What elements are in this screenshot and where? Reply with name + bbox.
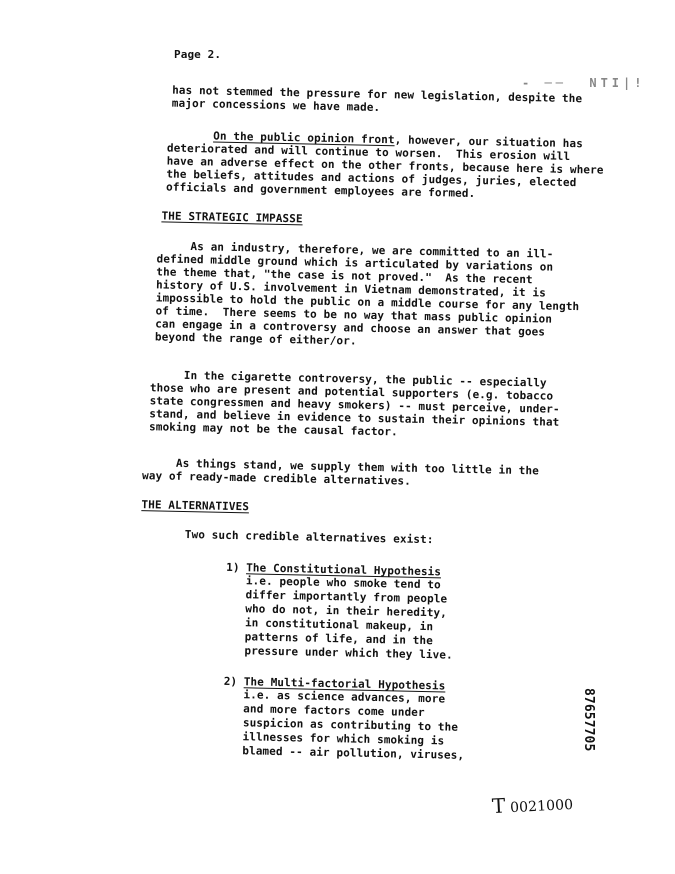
list-item-number: 1) — [226, 561, 240, 574]
strategic-impasse-heading: THE STRATEGIC IMPASSE — [161, 209, 302, 225]
list-item-number: 2) — [224, 675, 238, 688]
confidential-stamp: - ── NTI|! — [522, 76, 645, 90]
document-page: Page 2. - ── NTI|! has not stemmed the p… — [0, 0, 675, 874]
bates-number: 87657705 — [560, 688, 620, 768]
alternatives-intro: Two such credible alternatives exist: — [185, 528, 434, 546]
page-label: Page 2. — [174, 48, 221, 61]
alternatives-heading: THE ALTERNATIVES — [141, 498, 249, 513]
document-id-stamp: T 0021000 — [491, 790, 573, 818]
